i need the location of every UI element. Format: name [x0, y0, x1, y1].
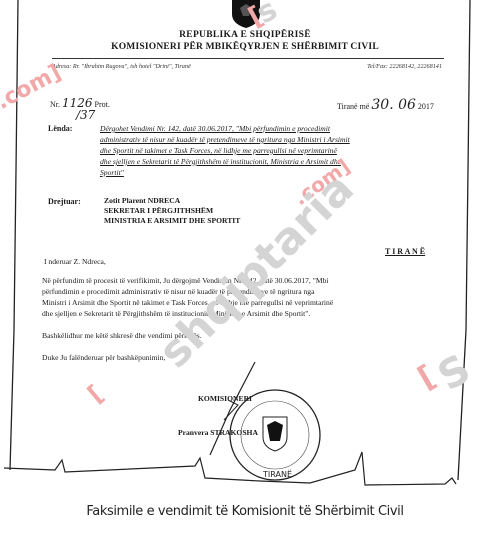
header-republic: REPUBLIKA E SHQIPËRISË [0, 30, 490, 40]
phone: Tel/Fax: 22268142, 22268141 [367, 63, 442, 70]
city-tirane: T I R A N Ë [385, 247, 425, 256]
protocol-sub: /37 [76, 108, 95, 122]
document-scan: REPUBLIKA E SHQIPËRISË KOMISIONERI PËR M… [0, 0, 490, 505]
svg-text:TIRANË: TIRANË [262, 469, 292, 479]
header-commissioner: KOMISIONERI PËR MBIKËQYRJEN E SHËRBIMIT … [0, 42, 490, 52]
addressee-label: Drejtuar: [48, 197, 81, 206]
albanian-eagle-emblem-icon [230, 0, 262, 28]
body-paragraph: Në përfundim të procesit të verifikimit,… [42, 275, 442, 319]
header-divider [52, 58, 444, 59]
closing: Duke Ju falënderuar për bashkëpunimin, [42, 352, 165, 363]
date-line: Tiranë më 30. 06 2017 [337, 97, 434, 113]
greeting: I nderuar Z. Ndreca, [44, 256, 106, 267]
image-caption: Faksimile e vendimit të Komisionit të Sh… [0, 504, 490, 519]
addressee-block: Zotit Plarent NDRECA SEKRETAR I PËRGJITH… [104, 196, 240, 226]
subject-label: Lënda: [48, 124, 72, 133]
address: Adresa: Rr. "Ibrahim Rugova", ish hotel … [52, 63, 191, 70]
official-stamp-icon: TIRANË [225, 385, 325, 485]
subject-text: Dërgohet Vendimi Nr. 142, datë 30.06.201… [100, 123, 440, 178]
attachment-note: Bashkëlidhur me këtë shkresë dhe vendimi… [42, 330, 202, 341]
